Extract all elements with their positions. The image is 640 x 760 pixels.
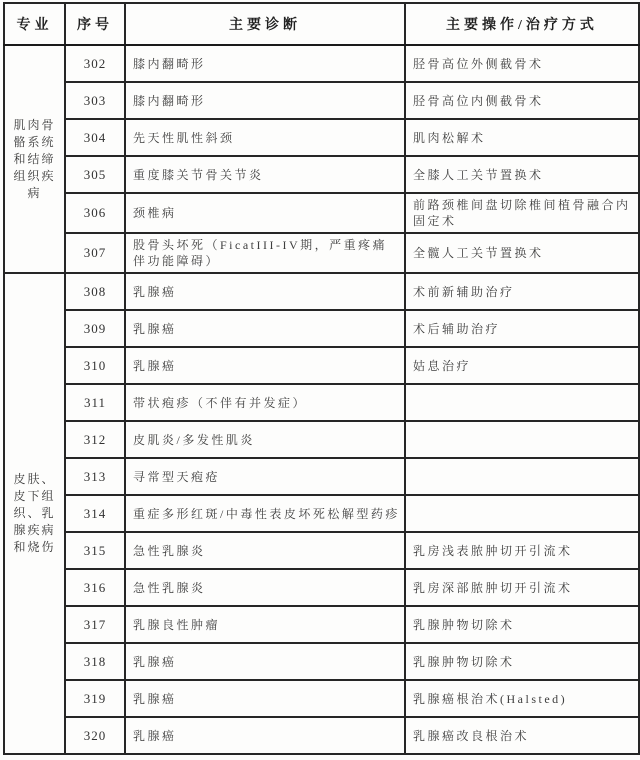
row-number: 315	[65, 532, 125, 569]
treatment-cell: 胫骨高位内侧截骨术	[405, 82, 639, 119]
row-number: 310	[65, 347, 125, 384]
treatment-cell: 乳腺癌根治术(Halsted)	[405, 680, 639, 717]
header-row: 专业 序号 主要诊断 主要操作/治疗方式	[4, 3, 639, 45]
header-treatment: 主要操作/治疗方式	[405, 3, 639, 45]
table-header: 专业 序号 主要诊断 主要操作/治疗方式	[4, 3, 639, 45]
table-row: 303膝内翻畸形胫骨高位内侧截骨术	[4, 82, 639, 119]
diagnosis-cell: 先天性肌性斜颈	[125, 119, 405, 156]
row-number: 317	[65, 606, 125, 643]
row-number: 320	[65, 717, 125, 754]
table-row: 311带状疱疹（不伴有并发症）	[4, 384, 639, 421]
table-row: 肌肉骨 骼系统 和结缔 组织疾 病302膝内翻畸形胫骨高位外侧截骨术	[4, 45, 639, 82]
table-row: 320乳腺癌乳腺癌改良根治术	[4, 717, 639, 754]
clinical-pathway-table: 专业 序号 主要诊断 主要操作/治疗方式 肌肉骨 骼系统 和结缔 组织疾 病30…	[3, 2, 640, 755]
table-row: 313寻常型天疱疮	[4, 458, 639, 495]
diagnosis-cell: 颈椎病	[125, 193, 405, 233]
table-row: 309乳腺癌术后辅助治疗	[4, 310, 639, 347]
row-number: 307	[65, 233, 125, 273]
treatment-cell	[405, 384, 639, 421]
diagnosis-cell: 乳腺良性肿瘤	[125, 606, 405, 643]
treatment-cell: 前路颈椎间盘切除椎间植骨融合内固定术	[405, 193, 639, 233]
diagnosis-cell: 皮肌炎/多发性肌炎	[125, 421, 405, 458]
row-number: 318	[65, 643, 125, 680]
treatment-cell	[405, 495, 639, 532]
diagnosis-cell: 股骨头坏死（FicatIII-IV期，严重疼痛伴功能障碍）	[125, 233, 405, 273]
row-number: 312	[65, 421, 125, 458]
table-row: 305重度膝关节骨关节炎全膝人工关节置换术	[4, 156, 639, 193]
treatment-cell: 术后辅助治疗	[405, 310, 639, 347]
treatment-cell: 乳房浅表脓肿切开引流术	[405, 532, 639, 569]
table-row: 316急性乳腺炎乳房深部脓肿切开引流术	[4, 569, 639, 606]
treatment-cell: 姑息治疗	[405, 347, 639, 384]
table-row: 314重症多形红斑/中毒性表皮坏死松解型药疹	[4, 495, 639, 532]
table-row: 307股骨头坏死（FicatIII-IV期，严重疼痛伴功能障碍）全髋人工关节置换…	[4, 233, 639, 273]
diagnosis-cell: 重症多形红斑/中毒性表皮坏死松解型药疹	[125, 495, 405, 532]
specialty-cell: 肌肉骨 骼系统 和结缔 组织疾 病	[4, 45, 65, 273]
treatment-cell: 乳腺癌改良根治术	[405, 717, 639, 754]
diagnosis-cell: 膝内翻畸形	[125, 45, 405, 82]
row-number: 309	[65, 310, 125, 347]
diagnosis-cell: 急性乳腺炎	[125, 569, 405, 606]
diagnosis-cell: 乳腺癌	[125, 717, 405, 754]
diagnosis-cell: 乳腺癌	[125, 347, 405, 384]
row-number: 306	[65, 193, 125, 233]
treatment-cell: 乳房深部脓肿切开引流术	[405, 569, 639, 606]
diagnosis-cell: 寻常型天疱疮	[125, 458, 405, 495]
treatment-cell: 乳腺肿物切除术	[405, 643, 639, 680]
table-row: 304先天性肌性斜颈肌肉松解术	[4, 119, 639, 156]
treatment-cell: 全髋人工关节置换术	[405, 233, 639, 273]
diagnosis-cell: 带状疱疹（不伴有并发症）	[125, 384, 405, 421]
header-diagnosis: 主要诊断	[125, 3, 405, 45]
treatment-cell: 术前新辅助治疗	[405, 273, 639, 310]
header-no: 序号	[65, 3, 125, 45]
row-number: 305	[65, 156, 125, 193]
row-number: 319	[65, 680, 125, 717]
diagnosis-cell: 急性乳腺炎	[125, 532, 405, 569]
diagnosis-cell: 乳腺癌	[125, 643, 405, 680]
specialty-cell: 皮肤、 皮下组 织、乳 腺疾病 和烧伤	[4, 273, 65, 754]
table-body: 肌肉骨 骼系统 和结缔 组织疾 病302膝内翻畸形胫骨高位外侧截骨术303膝内翻…	[4, 45, 639, 754]
table-row: 皮肤、 皮下组 织、乳 腺疾病 和烧伤308乳腺癌术前新辅助治疗	[4, 273, 639, 310]
row-number: 314	[65, 495, 125, 532]
diagnosis-cell: 乳腺癌	[125, 310, 405, 347]
row-number: 308	[65, 273, 125, 310]
table-row: 315急性乳腺炎乳房浅表脓肿切开引流术	[4, 532, 639, 569]
diagnosis-cell: 重度膝关节骨关节炎	[125, 156, 405, 193]
row-number: 311	[65, 384, 125, 421]
header-specialty: 专业	[4, 3, 65, 45]
treatment-cell: 乳腺肿物切除术	[405, 606, 639, 643]
table-row: 306颈椎病前路颈椎间盘切除椎间植骨融合内固定术	[4, 193, 639, 233]
treatment-cell	[405, 421, 639, 458]
table-row: 318乳腺癌乳腺肿物切除术	[4, 643, 639, 680]
treatment-cell: 肌肉松解术	[405, 119, 639, 156]
row-number: 313	[65, 458, 125, 495]
diagnosis-cell: 乳腺癌	[125, 680, 405, 717]
row-number: 304	[65, 119, 125, 156]
diagnosis-cell: 乳腺癌	[125, 273, 405, 310]
row-number: 302	[65, 45, 125, 82]
table-row: 312皮肌炎/多发性肌炎	[4, 421, 639, 458]
table-row: 310乳腺癌姑息治疗	[4, 347, 639, 384]
treatment-cell: 全膝人工关节置换术	[405, 156, 639, 193]
treatment-cell	[405, 458, 639, 495]
treatment-cell: 胫骨高位外侧截骨术	[405, 45, 639, 82]
table-row: 317乳腺良性肿瘤乳腺肿物切除术	[4, 606, 639, 643]
diagnosis-cell: 膝内翻畸形	[125, 82, 405, 119]
row-number: 316	[65, 569, 125, 606]
table-row: 319乳腺癌乳腺癌根治术(Halsted)	[4, 680, 639, 717]
row-number: 303	[65, 82, 125, 119]
